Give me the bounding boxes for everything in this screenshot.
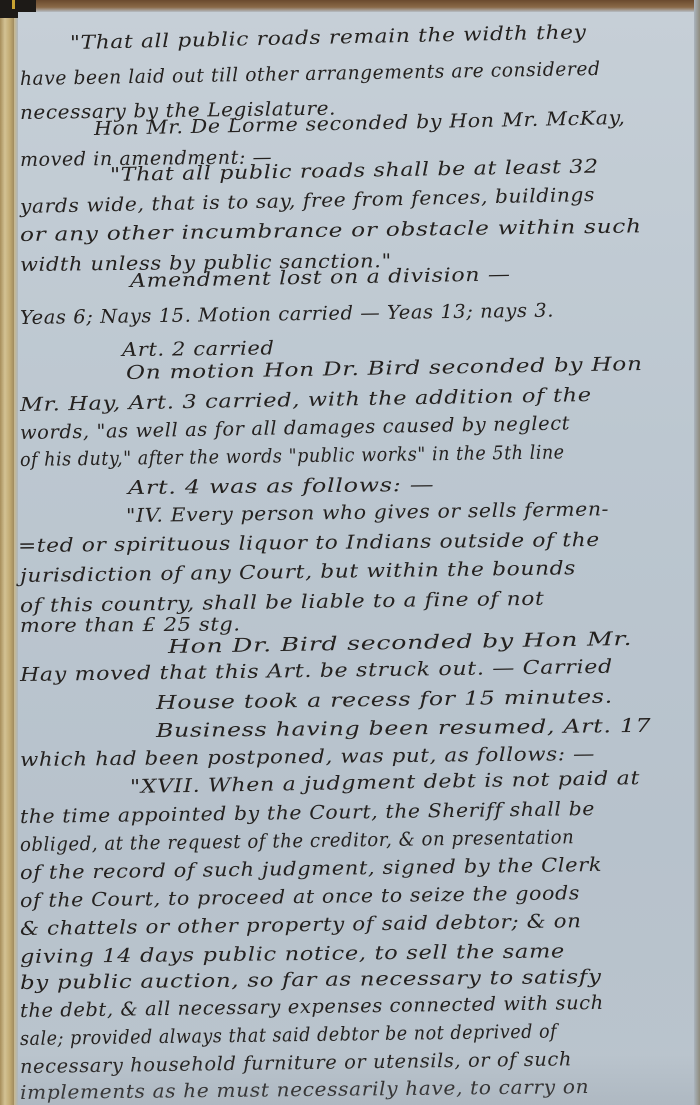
text-line: by public auction, so far as necessary t… bbox=[20, 966, 602, 994]
book-binding bbox=[0, 0, 14, 1105]
text-line: giving 14 days public notice, to sell th… bbox=[20, 940, 565, 968]
text-line: of his duty," after the words "public wo… bbox=[20, 441, 565, 471]
text-line: implements as he must necessarily have, … bbox=[20, 1076, 589, 1104]
text-line: House took a recess for 15 minutes. bbox=[156, 686, 613, 714]
text-line: Yeas 6; Nays 15. Motion carried — Yeas 1… bbox=[20, 300, 554, 329]
text-line: more than £ 25 stg. bbox=[20, 613, 241, 637]
manuscript-page: "That all public roads remain the width … bbox=[18, 12, 694, 1105]
text-line: or any other incumbrance or obstacle wit… bbox=[20, 215, 642, 246]
text-line: of the Court, to proceed at once to seiz… bbox=[20, 882, 580, 912]
text-line: of this country, shall be liable to a fi… bbox=[20, 588, 545, 617]
text-line: the time appointed by the Court, the She… bbox=[20, 798, 595, 828]
text-line: Hay moved that this Art. be struck out. … bbox=[20, 656, 613, 686]
text-line: the debt, & all necessary expenses conne… bbox=[20, 992, 604, 1022]
top-page-edge bbox=[0, 0, 700, 12]
text-line: Mr. Hay, Art. 3 carried, with the additi… bbox=[20, 384, 592, 416]
text-line: & chattels or other property of said deb… bbox=[20, 910, 582, 940]
text-line: have been laid out till other arrangemen… bbox=[20, 58, 601, 90]
right-page-edge bbox=[694, 0, 700, 1105]
text-line: Business having been resumed, Art. 17 bbox=[156, 715, 652, 742]
text-line: "XVII. When a judgment debt is not paid … bbox=[130, 767, 640, 798]
text-line: sale; provided always that said debtor b… bbox=[20, 1021, 557, 1050]
text-line: of the record of such judgment, signed b… bbox=[20, 854, 602, 884]
text-line: necessary household furniture or utensil… bbox=[20, 1048, 572, 1078]
text-line: Art. 2 carried bbox=[122, 337, 275, 361]
text-line: yards wide, that is to say, free from fe… bbox=[20, 184, 595, 218]
text-line: words, "as well as for all damages cause… bbox=[20, 412, 570, 444]
text-line: obliged, at the request of the creditor,… bbox=[20, 826, 575, 856]
text-line: "IV. Every person who gives or sells fer… bbox=[126, 498, 609, 527]
clip-highlight bbox=[12, 0, 15, 9]
text-line: jurisdiction of any Court, but within th… bbox=[20, 557, 576, 587]
text-line: Art. 4 was as follows: — bbox=[128, 474, 435, 499]
text-line: =ted or spirituous liquor to Indians out… bbox=[18, 529, 600, 557]
text-line: which had been postponed, was put, as fo… bbox=[20, 743, 595, 771]
text-line: "That all public roads remain the width … bbox=[70, 21, 587, 54]
